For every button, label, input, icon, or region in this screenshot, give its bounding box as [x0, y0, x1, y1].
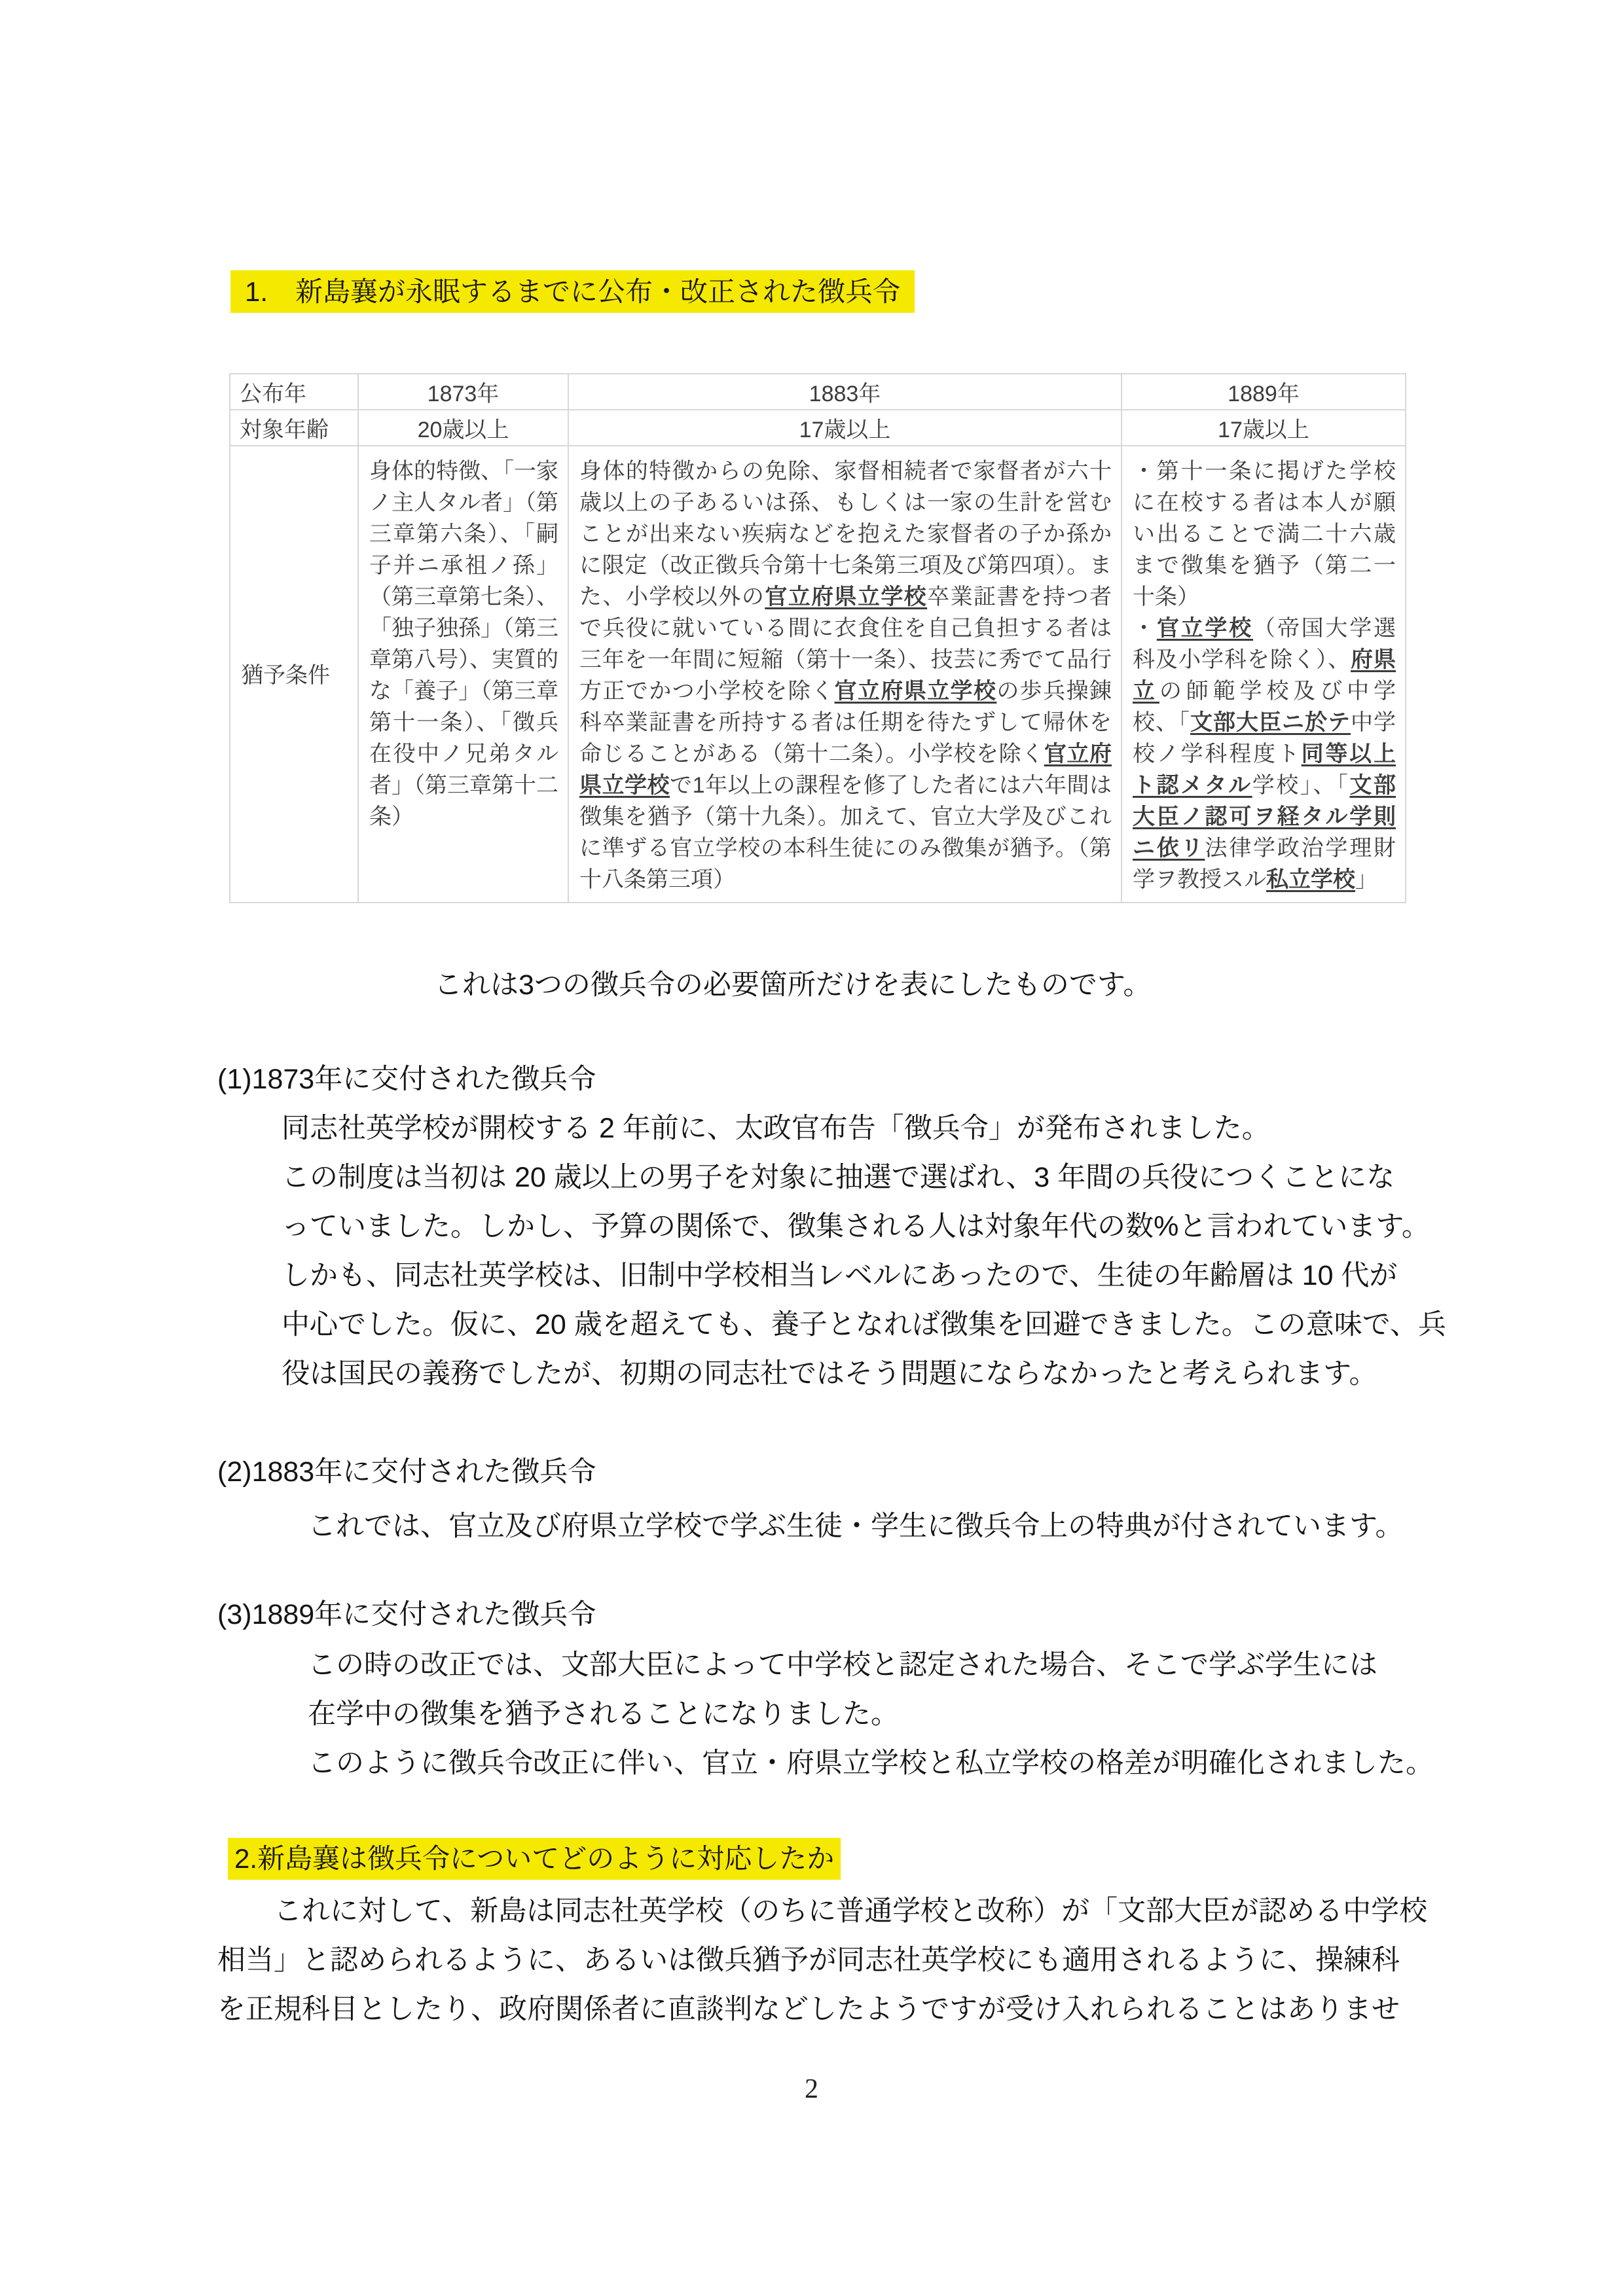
subsection-1873-heading: (1)1873年に交付された徴兵令 [217, 1055, 596, 1104]
text-line: この制度は当初は 20 歳以上の男子を対象に抽選で選ばれ、3 年間の兵役につくこ… [282, 1153, 1446, 1202]
cell-year-1889: 1889年 [1122, 374, 1406, 410]
table-cell-text: 」 [1355, 867, 1377, 892]
text-line: っていました。しかし、予算の関係で、徴集される人は対象年代の数%と言われています… [282, 1202, 1446, 1251]
emphasized-term: 官立府県立学校 [835, 679, 997, 704]
deferment-1889-bullet-2: ・官立学校（帝国大学選科及小学科を除く）、府県立の師範学校及び中学校、「文部大臣… [1133, 613, 1396, 895]
table-cell-text: ・第十一条に掲げた学校に在校する者は本人が願い出ることで満二十六歳まで徴集を猶予… [1133, 459, 1396, 609]
document-page: 1. 新島襄が永眠するまでに公布・改正された徴兵令 公布年 1873年 1883… [0, 0, 1623, 2296]
page-number: 2 [0, 2073, 1623, 2105]
text-line: 相当」と認められるように、あるいは徴兵猶予が同志社英学校にも適用されるように、操… [217, 1936, 1465, 1985]
table-note: これは3つの徴兵令の必要箇所だけを表にしたものです。 [434, 961, 1151, 1010]
table-row: 対象年齢 20歳以上 17歳以上 17歳以上 [230, 410, 1406, 446]
emphasized-term: 私立学校 [1266, 867, 1355, 892]
subsection-1883-paragraph: これでは、官立及び府県立学校で学ぶ生徒・学生に徴兵令上の特典が付されています。 [308, 1502, 1404, 1551]
subsection-1883-heading: (2)1883年に交付された徴兵令 [217, 1448, 596, 1497]
table-cell-text: 身体的特徴、「一家ノ主人タル者」（第三章第六条）、「嗣子并ニ承祖ノ孫」（第三章第… [369, 459, 558, 829]
cell-deferment-1873: 身体的特徴、「一家ノ主人タル者」（第三章第六条）、「嗣子并ニ承祖ノ孫」（第三章第… [358, 446, 568, 903]
section2-paragraph: これに対して、新島は同志社英学校（のちに普通学校と改称）が「文部大臣が認める中学… [217, 1887, 1465, 2034]
table-row: 猶予条件 身体的特徴、「一家ノ主人タル者」（第三章第六条）、「嗣子并ニ承祖ノ孫」… [230, 446, 1406, 903]
table-cell-text: ・ [1133, 616, 1157, 641]
subsection-1889-paragraph: この時の改正では、文部大臣によって中学校と認定された場合、そこで学ぶ学生には 在… [308, 1641, 1434, 1788]
text-line: 役は国民の義務でしたが、初期の同志社ではそう問題にならなかったと考えられます。 [282, 1350, 1446, 1399]
cell-year-1883: 1883年 [568, 374, 1122, 410]
conscription-law-table: 公布年 1873年 1883年 1889年 対象年齢 20歳以上 17歳以上 1… [229, 373, 1406, 903]
section2-heading: 2.新島襄は徴兵令についてどのように対応したか [228, 1838, 841, 1880]
subsection-1873-paragraph: 同志社英学校が開校する 2 年前に、太政官布告「徴兵令」が発布されました。 この… [282, 1104, 1446, 1399]
text-line: この時の改正では、文部大臣によって中学校と認定された場合、そこで学ぶ学生には [308, 1641, 1434, 1690]
deferment-1889-bullet-1: ・第十一条に掲げた学校に在校する者は本人が願い出ることで満二十六歳まで徴集を猶予… [1133, 456, 1396, 613]
text-line: これでは、官立及び府県立学校で学ぶ生徒・学生に徴兵令上の特典が付されています。 [308, 1502, 1404, 1551]
row-label-deferment-conditions: 猶予条件 [230, 446, 358, 903]
table-row: 公布年 1873年 1883年 1889年 [230, 374, 1406, 410]
row-label-promulgation-year: 公布年 [230, 374, 358, 410]
text-line: 同志社英学校が開校する 2 年前に、太政官布告「徴兵令」が発布されました。 [282, 1104, 1446, 1153]
text-line: このように徴兵令改正に伴い、官立・府県立学校と私立学校の格差が明確化されました。 [308, 1739, 1434, 1788]
text-line: これに対して、新島は同志社英学校（のちに普通学校と改称）が「文部大臣が認める中学… [217, 1887, 1465, 1936]
cell-age-1873: 20歳以上 [358, 410, 568, 446]
text-line: 中心でした。仮に、20 歳を超えても、養子となれば徴集を回避できました。この意味… [282, 1300, 1446, 1350]
row-label-target-age: 対象年齢 [230, 410, 358, 446]
cell-deferment-1883: 身体的特徴からの免除、家督相続者で家督者が六十歳以上の子あるいは孫、もしくは一家… [568, 446, 1122, 903]
emphasized-term: 官立府県立学校 [765, 584, 927, 609]
cell-age-1883: 17歳以上 [568, 410, 1122, 446]
subsection-1889-heading: (3)1889年に交付された徴兵令 [217, 1590, 596, 1640]
text-line: を正規科目としたり、政府関係者に直談判などしたようですが受け入れられることはあり… [217, 1985, 1465, 2034]
cell-age-1889: 17歳以上 [1122, 410, 1406, 446]
emphasized-term: 文部大臣ニ於テ [1190, 710, 1351, 735]
cell-year-1873: 1873年 [358, 374, 568, 410]
section1-heading: 1. 新島襄が永眠するまでに公布・改正された徴兵令 [230, 270, 915, 313]
cell-deferment-1889: ・第十一条に掲げた学校に在校する者は本人が願い出ることで満二十六歳まで徴集を猶予… [1122, 446, 1406, 903]
text-line: 在学中の徴集を猶予されることになりました。 [308, 1690, 1434, 1739]
emphasized-term: 官立学校 [1157, 616, 1253, 641]
text-line: しかも、同志社英学校は、旧制中学校相当レベルにあったので、生徒の年齢層は 10 … [282, 1251, 1446, 1300]
table-cell-text: 学校」、「 [1252, 773, 1350, 798]
